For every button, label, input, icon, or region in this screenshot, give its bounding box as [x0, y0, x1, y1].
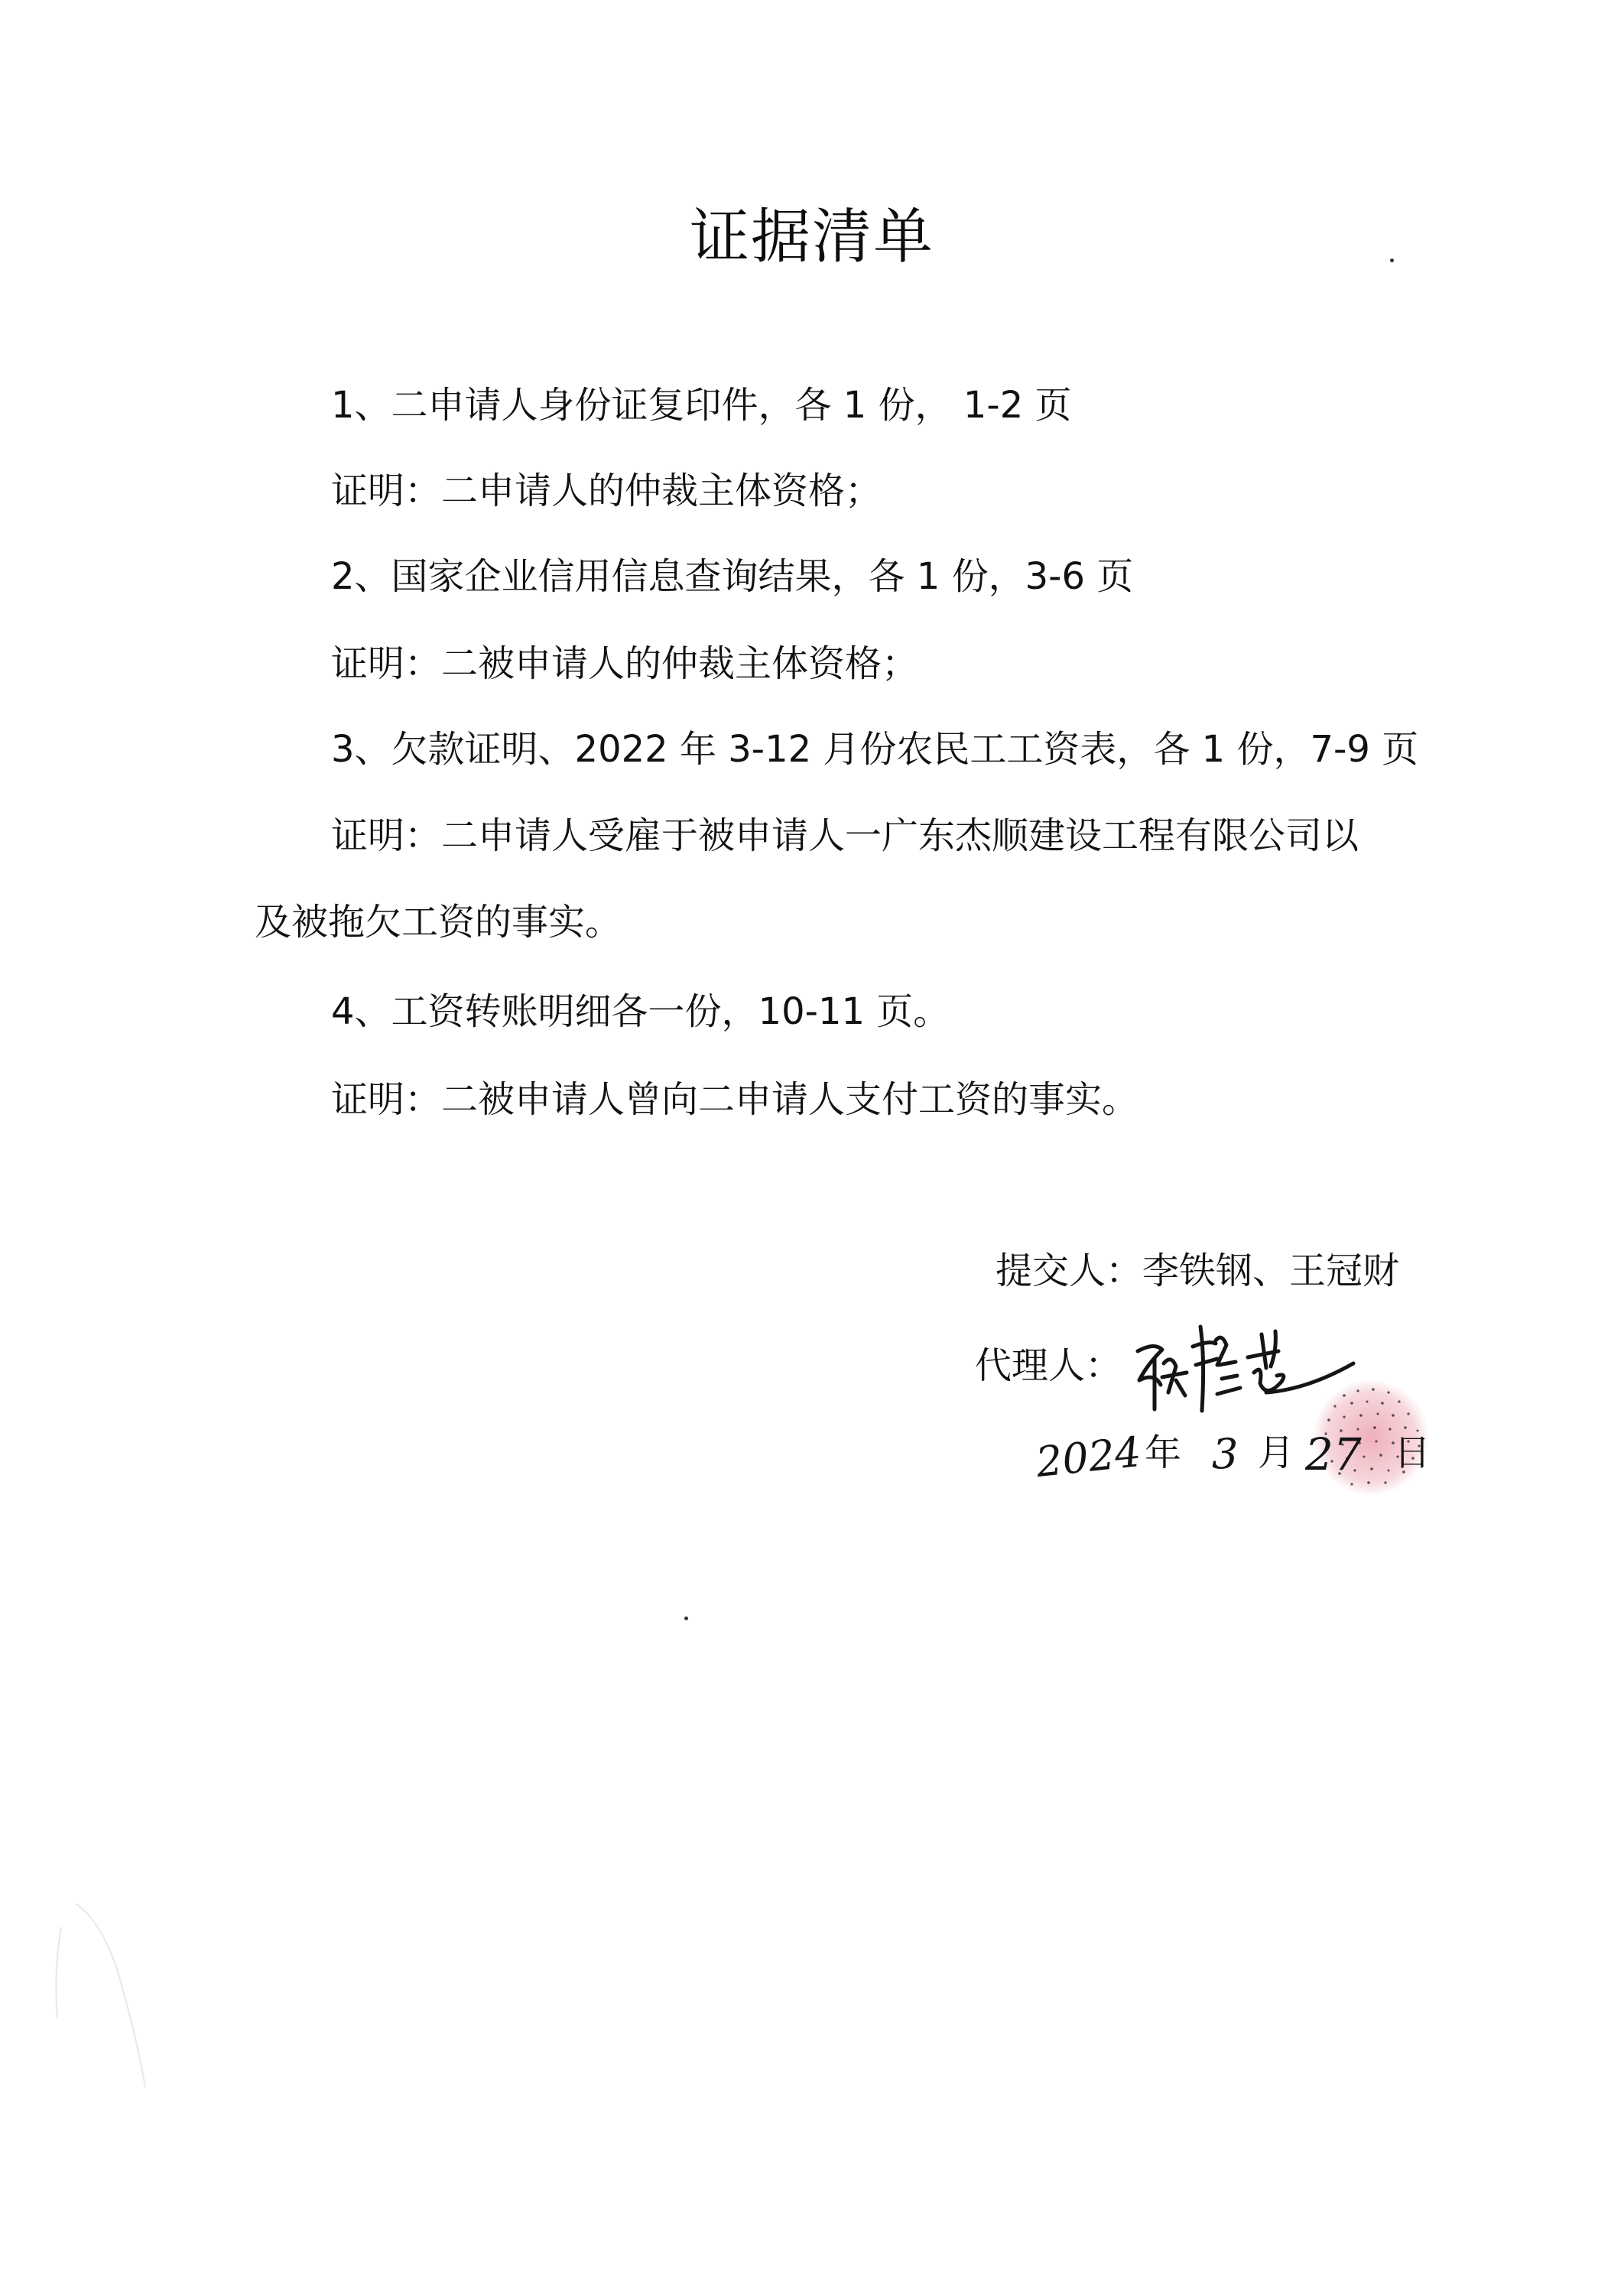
agent-line: 代理人： [975, 1338, 1434, 1422]
date-day-handwritten: 27 [1305, 1431, 1362, 1477]
bleed-through-mark-icon [31, 1896, 184, 2095]
submitter-label: 提交人： [996, 1249, 1142, 1292]
evidence-item-4-proof: 证明：二被申请人曾向二申请人支付工资的事实。 [331, 1077, 1138, 1123]
date-year-label: 年 [1145, 1430, 1181, 1476]
evidence-item-3-proof: 证明：二申请人受雇于被申请人一广东杰顺建设工程有限公司以 [331, 813, 1359, 859]
date-month-label: 月 [1258, 1430, 1294, 1476]
evidence-item-4: 4、工资转账明细各一份，10-11 页。 [331, 989, 950, 1035]
submitter-line: 提交人：李铁钢、王冠财 [996, 1248, 1399, 1294]
submitter-names: 李铁钢、王冠财 [1142, 1249, 1399, 1292]
evidence-item-3: 3、欠款证明、2022 年 3-12 月份农民工工资表，各 1 份，7-9 页 [331, 726, 1418, 772]
evidence-item-1: 1、二申请人身份证复印件，各 1 份， 1-2 页 [331, 382, 1072, 428]
evidence-item-1-proof: 证明：二申请人的仲裁主体资格； [331, 468, 882, 514]
evidence-item-2: 2、国家企业信用信息查询结果，各 1 份，3-6 页 [331, 554, 1133, 599]
document-title: 证据清单 [0, 200, 1624, 274]
evidence-item-2-proof: 证明：二被申请人的仲裁主体资格； [331, 641, 918, 687]
date-month-handwritten: 3 [1212, 1431, 1238, 1477]
scan-speck [1390, 258, 1394, 262]
date-day-label: 日 [1394, 1430, 1431, 1476]
agent-label: 代理人： [975, 1343, 1122, 1389]
evidence-item-3-proof-continued: 及被拖欠工资的事实。 [255, 899, 622, 945]
date-year-handwritten: 2024 [1034, 1429, 1143, 1486]
agent-signature-icon [1132, 1319, 1361, 1426]
scan-speck [684, 1617, 688, 1620]
date-line: 2024 年 3 月 27 日 [1028, 1422, 1441, 1506]
document-page: 证据清单 1、二申请人身份证复印件，各 1 份， 1-2 页 证明：二申请人的仲… [0, 0, 1624, 2294]
